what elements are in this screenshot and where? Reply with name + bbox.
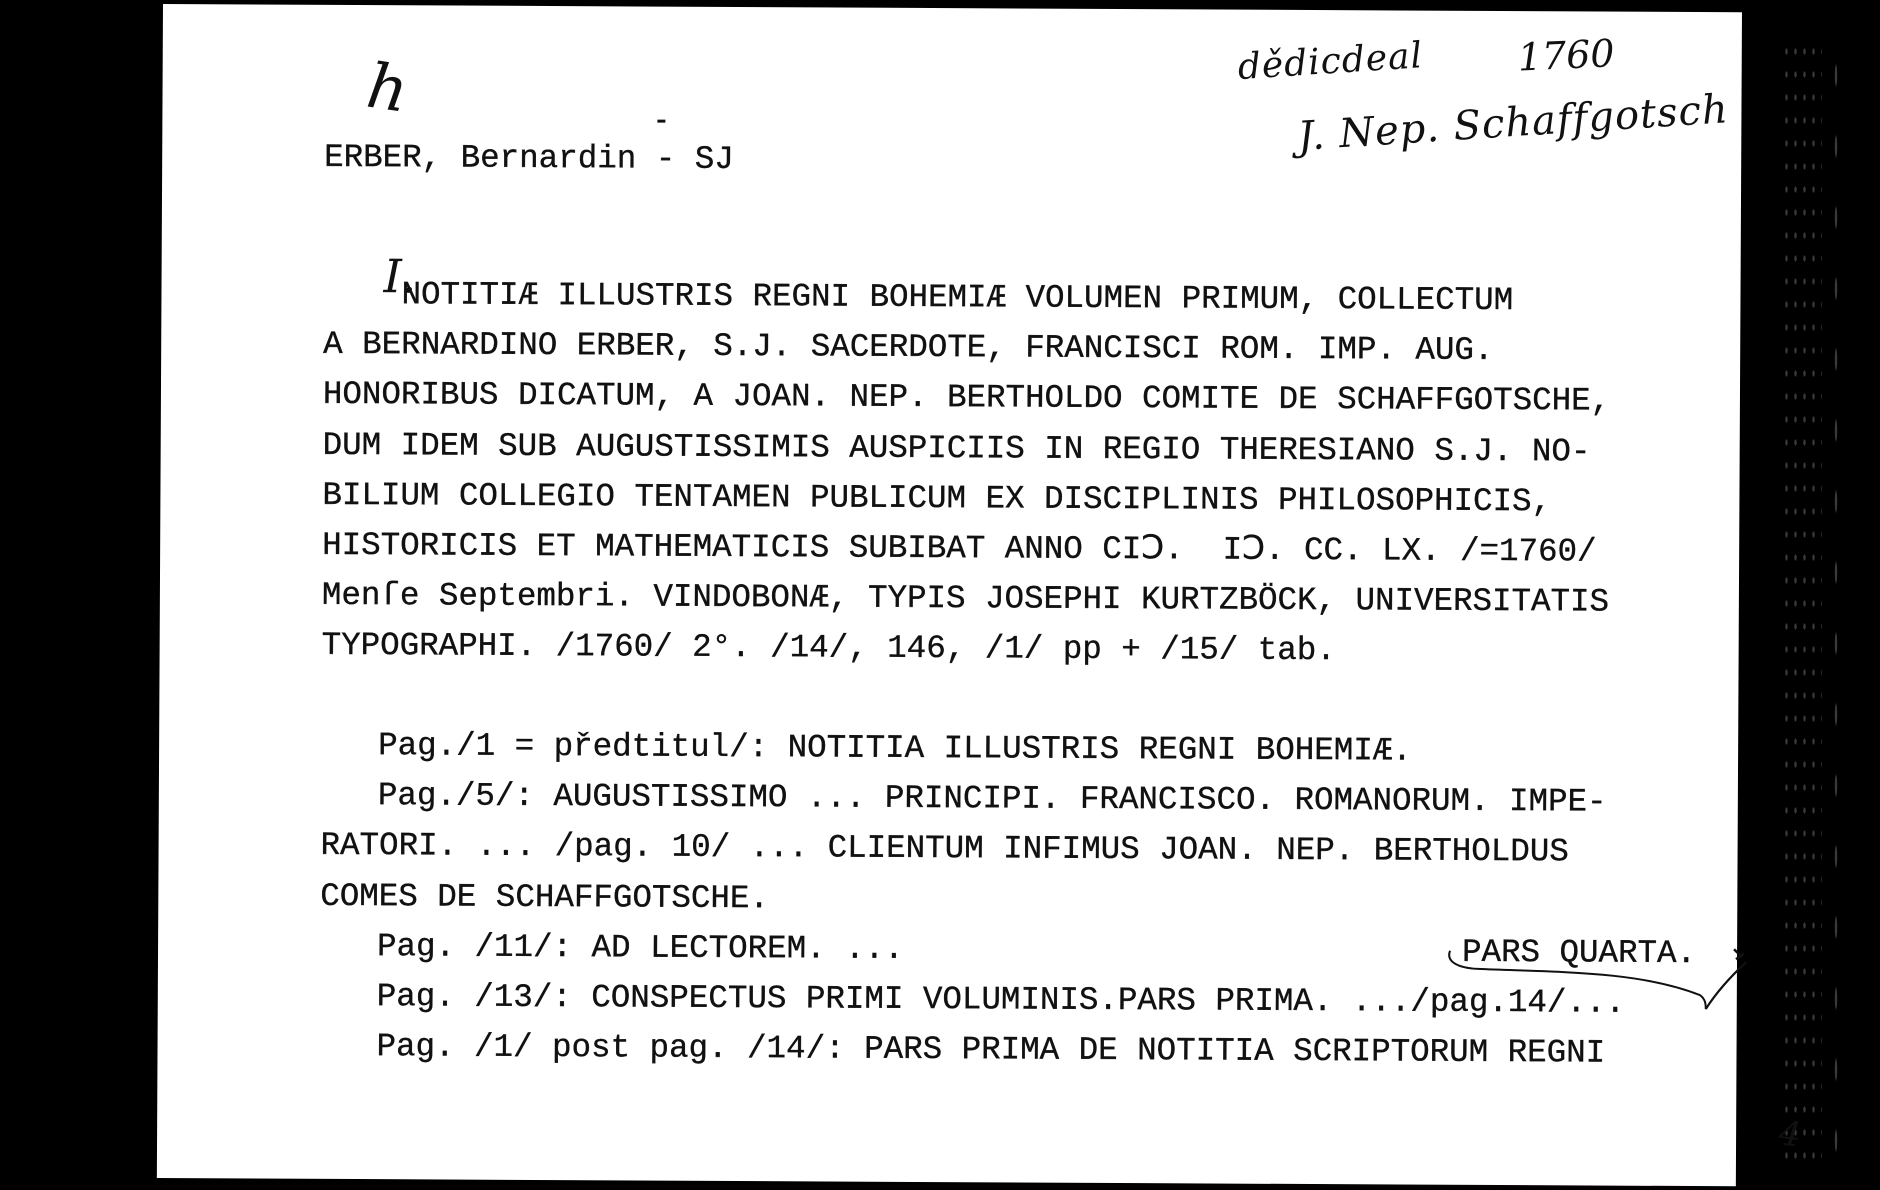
catalog-card: h dědicdeal 1760 J. Nep. Schaffgotsch I.… [157,4,1742,1186]
insertion-caret-icon [1438,936,1748,1028]
title-line: Menſe Septembri. VINDOBONÆ, TYPIS JOSEPH… [322,580,1609,619]
title-line: NOTITIÆ ILLUSTRIS REGNI BOHEMIÆ VOLUMEN … [323,279,1513,318]
scanner-edge-noise [1832,40,1840,1170]
contents-line: Pag. /11/: AD LECTOREM. ... [377,931,904,966]
title-line: HISTORICIS ET MATHEMATICIS SUBIBAT ANNO … [322,530,1597,569]
contents-line: Pag. /1/ post pag. /14/: PARS PRIMA DE N… [376,1031,1605,1070]
handwritten-year: 1760 [1517,34,1615,77]
stray-mark [657,120,665,123]
handwritten-attribution-line2: J. Nep. Schaffgotsch [1297,89,1730,157]
scanner-edge-noise [1782,40,1822,1170]
title-line: HONORIBUS DICATUM, A JOAN. NEP. BERTHOLD… [323,379,1610,418]
scan-background: h dědicdeal 1760 J. Nep. Schaffgotsch I.… [0,0,1880,1190]
title-line: A BERNARDINO ERBER, S.J. SACERDOTE, FRAN… [323,329,1493,368]
contents-list: Pag./1 = předtitul/: NOTITIA ILLUSTRIS R… [163,4,1742,12]
contents-line: RATORI. ... /pag. 10/ ... CLIENTUM INFIM… [321,830,1569,869]
contents-line: COMES DE SCHAFFGOTSCHE. [320,880,769,915]
contents-line: Pag./5/: AUGUSTISSIMO ... PRINCIPI. FRAN… [378,780,1607,819]
handwritten-attribution-line1: dědicdeal [1237,38,1424,86]
card-heading: ERBER, Bernardin - SJ [324,142,734,177]
handwritten-mark-top-left: h [363,55,411,122]
handwritten-card-number: 4 [1777,1116,1802,1152]
contents-line: Pag./1 = předtitul/: NOTITIA ILLUSTRIS R… [378,730,1412,768]
title-line: DUM IDEM SUB AUGUSTISSIMIS AUSPICIIS IN … [323,429,1591,468]
title-line: BILIUM COLLEGIO TENTAMEN PUBLICUM EX DIS… [322,480,1551,519]
title-paragraph: NOTITIÆ ILLUSTRIS REGNI BOHEMIÆ VOLUMEN … [163,4,1742,12]
title-line: TYPOGRAPHI. /1760/ 2°. /14/, 146, /1/ pp… [322,630,1336,668]
